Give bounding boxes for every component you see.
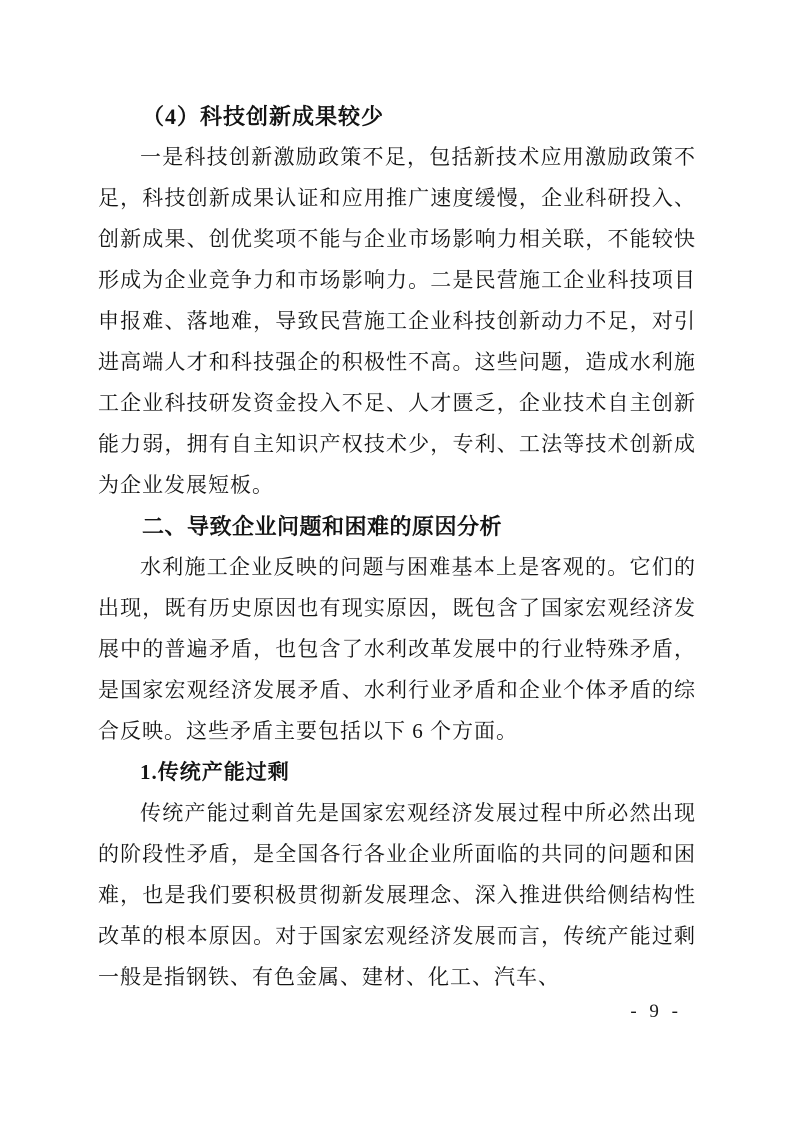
heading-item-1: 1.传统产能过剩 [98,752,696,793]
paragraph-part-2-intro: 水利施工企业反映的问题与困难基本上是客观的。它们的出现，既有历史原因也有现实原因… [98,547,696,752]
paragraph-section-4: 一是科技创新激励政策不足，包括新技术应用激励政策不足，科技创新成果认证和应用推广… [98,137,696,506]
paragraph-item-1: 传统产能过剩首先是国家宏观经济发展过程中所必然出现的阶段性矛盾，是全国各行各业企… [98,793,696,998]
page-number: - 9 - [630,998,682,1026]
heading-section-4: （4）科技创新成果较少 [98,96,696,137]
document-page: （4）科技创新成果较少 一是科技创新激励政策不足，包括新技术应用激励政策不足，科… [0,0,800,1131]
document-body: （4）科技创新成果较少 一是科技创新激励政策不足，包括新技术应用激励政策不足，科… [98,96,696,998]
heading-part-2: 二、导致企业问题和困难的原因分析 [98,506,696,547]
